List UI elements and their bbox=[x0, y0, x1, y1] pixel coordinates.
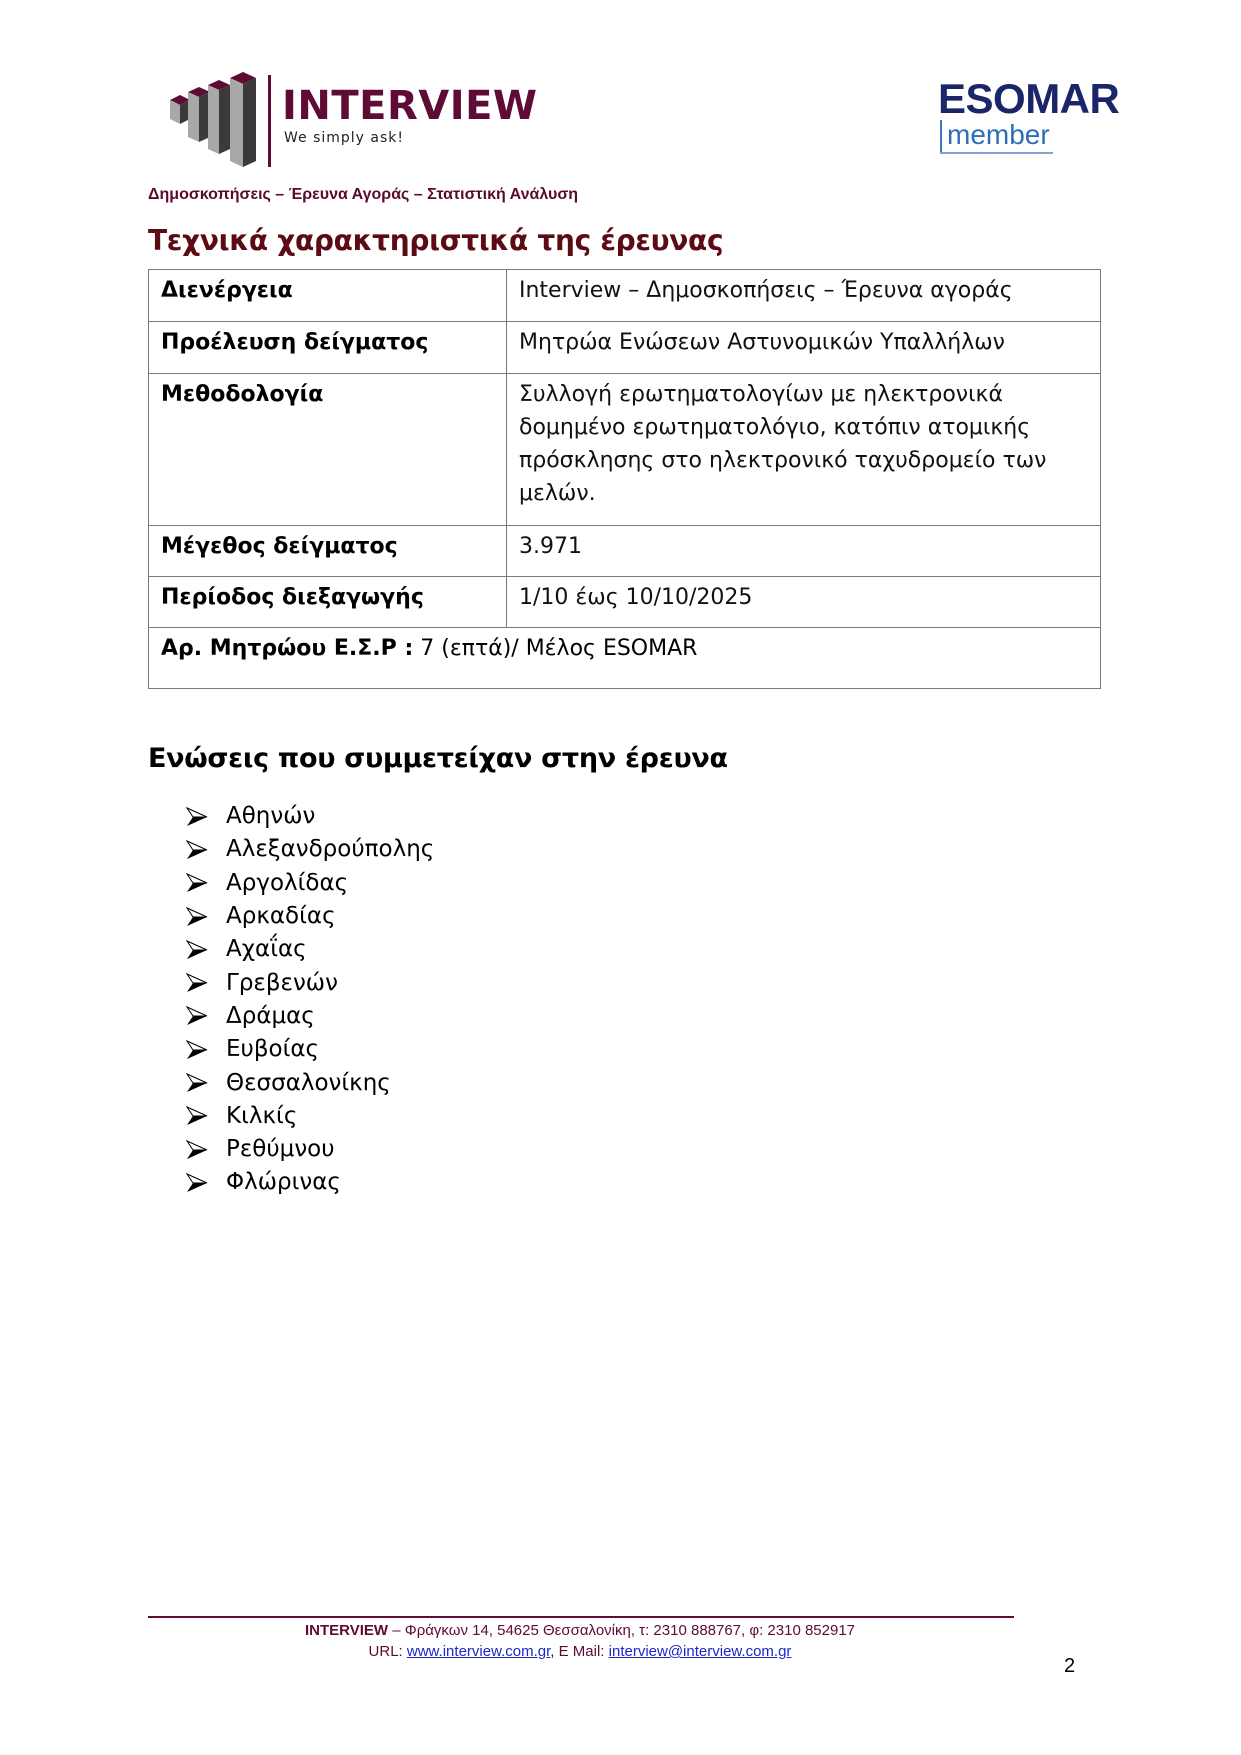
union-name: Αλεξανδρούπολης bbox=[226, 833, 434, 866]
url-label: URL: bbox=[369, 1643, 407, 1660]
arrowhead-bullet-icon bbox=[186, 807, 208, 827]
list-item: Ρεθύμνου bbox=[186, 1133, 434, 1166]
arrowhead-bullet-icon bbox=[186, 973, 208, 993]
table-row: Μέγεθος δείγματος 3.971 bbox=[149, 526, 1101, 577]
technical-section-title: Τεχνικά χαρακτηριστικά της έρευνας bbox=[148, 224, 723, 257]
website-link[interactable]: www.interview.com.gr bbox=[407, 1643, 550, 1660]
arrowhead-bullet-icon bbox=[186, 1040, 208, 1060]
email-link[interactable]: interview@interview.com.gr bbox=[609, 1643, 792, 1660]
arrowhead-bullet-icon bbox=[186, 907, 208, 927]
technical-specs-table: Διενέργεια Interview – Δημοσκοπήσεις – Έ… bbox=[148, 269, 1101, 689]
email-label: , E Mail: bbox=[550, 1643, 608, 1660]
esomar-underline bbox=[940, 152, 1053, 154]
row-label: Περίοδος διεξαγωγής bbox=[149, 577, 507, 628]
list-item: Αλεξανδρούπολης bbox=[186, 833, 434, 866]
registry-cell: Αρ. Μητρώου Ε.Σ.Ρ : 7 (επτά)/ Μέλος ESOM… bbox=[149, 628, 1101, 689]
footer-brand: INTERVIEW bbox=[305, 1622, 388, 1639]
page-number: 2 bbox=[1064, 1655, 1075, 1678]
arrowhead-bullet-icon bbox=[186, 1106, 208, 1126]
list-item: Αργολίδας bbox=[186, 867, 434, 900]
list-item: Γρεβενών bbox=[186, 966, 434, 999]
interview-logo-bars-icon bbox=[168, 72, 260, 168]
arrowhead-bullet-icon bbox=[186, 840, 208, 860]
table-row: Διενέργεια Interview – Δημοσκοπήσεις – Έ… bbox=[149, 270, 1101, 322]
row-label: Προέλευση δείγματος bbox=[149, 322, 507, 374]
table-row: Περίοδος διεξαγωγής 1/10 έως 10/10/2025 bbox=[149, 577, 1101, 628]
row-label: Μέγεθος δείγματος bbox=[149, 526, 507, 577]
arrowhead-bullet-icon bbox=[186, 873, 208, 893]
esomar-member-label: member bbox=[940, 120, 1050, 152]
list-item: Θεσσαλονίκης bbox=[186, 1066, 434, 1099]
unions-section-title: Ενώσεις που συμμετείχαν στην έρευνα bbox=[148, 743, 728, 774]
union-name: Γρεβενών bbox=[226, 967, 338, 1000]
union-name: Φλώρινας bbox=[226, 1166, 341, 1199]
table-row: Αρ. Μητρώου Ε.Σ.Ρ : 7 (επτά)/ Μέλος ESOM… bbox=[149, 628, 1101, 689]
list-item: Φλώρινας bbox=[186, 1166, 434, 1199]
row-value: Μητρώα Ενώσεων Αστυνομικών Υπαλλήλων bbox=[507, 322, 1101, 374]
registry-value: 7 (επτά)/ Μέλος ESOMAR bbox=[413, 636, 697, 661]
interview-logo-tagline: We simply ask! bbox=[284, 130, 404, 146]
registry-label: Αρ. Μητρώου Ε.Σ.Ρ : bbox=[161, 636, 413, 661]
union-name: Αχαΐας bbox=[226, 933, 307, 966]
row-label: Μεθοδολογία bbox=[149, 374, 507, 526]
footer-contacts: URL: www.interview.com.gr, E Mail: inter… bbox=[0, 1643, 1160, 1660]
union-name: Ευβοίας bbox=[226, 1033, 319, 1066]
arrowhead-bullet-icon bbox=[186, 1140, 208, 1160]
table-row: Προέλευση δείγματος Μητρώα Ενώσεων Αστυν… bbox=[149, 322, 1101, 374]
union-name: Αρκαδίας bbox=[226, 900, 336, 933]
union-name: Αθηνών bbox=[226, 800, 315, 833]
union-name: Ρεθύμνου bbox=[226, 1133, 335, 1166]
list-item: Αθηνών bbox=[186, 800, 434, 833]
arrowhead-bullet-icon bbox=[186, 940, 208, 960]
unions-list: Αθηνών Αλεξανδρούπολης Αργολίδας Αρκαδία… bbox=[186, 800, 434, 1200]
list-item: Κιλκίς bbox=[186, 1100, 434, 1133]
row-value: 1/10 έως 10/10/2025 bbox=[507, 577, 1101, 628]
arrowhead-bullet-icon bbox=[186, 1173, 208, 1193]
row-value: 3.971 bbox=[507, 526, 1101, 577]
footer-address: INTERVIEW – Φράγκων 14, 54625 Θεσσαλονίκ… bbox=[0, 1622, 1160, 1639]
company-subtitle: Δημοσκοπήσεις – Έρευνα Αγοράς – Στατιστι… bbox=[148, 186, 578, 204]
list-item: Αρκαδίας bbox=[186, 900, 434, 933]
footer-rule bbox=[148, 1616, 1014, 1618]
row-value: Interview – Δημοσκοπήσεις – Έρευνα αγορά… bbox=[507, 270, 1101, 322]
footer-address-text: – Φράγκων 14, 54625 Θεσσαλονίκη, τ: 2310… bbox=[388, 1622, 855, 1639]
table-row: Μεθοδολογία Συλλογή ερωτηματολογίων με η… bbox=[149, 374, 1101, 526]
list-item: Ευβοίας bbox=[186, 1033, 434, 1066]
union-name: Θεσσαλονίκης bbox=[226, 1067, 391, 1100]
row-label: Διενέργεια bbox=[149, 270, 507, 322]
union-name: Κιλκίς bbox=[226, 1100, 297, 1133]
interview-logo-wordmark: INTERVIEW bbox=[282, 84, 538, 128]
union-name: Αργολίδας bbox=[226, 867, 348, 900]
arrowhead-bullet-icon bbox=[186, 1006, 208, 1026]
union-name: Δράμας bbox=[226, 1000, 315, 1033]
esomar-logo-wordmark: ESOMAR bbox=[938, 78, 1119, 120]
list-item: Αχαΐας bbox=[186, 933, 434, 966]
row-value: Συλλογή ερωτηματολογίων με ηλεκτρονικά δ… bbox=[507, 374, 1101, 526]
arrowhead-bullet-icon bbox=[186, 1073, 208, 1093]
list-item: Δράμας bbox=[186, 1000, 434, 1033]
logo-divider bbox=[268, 75, 271, 167]
